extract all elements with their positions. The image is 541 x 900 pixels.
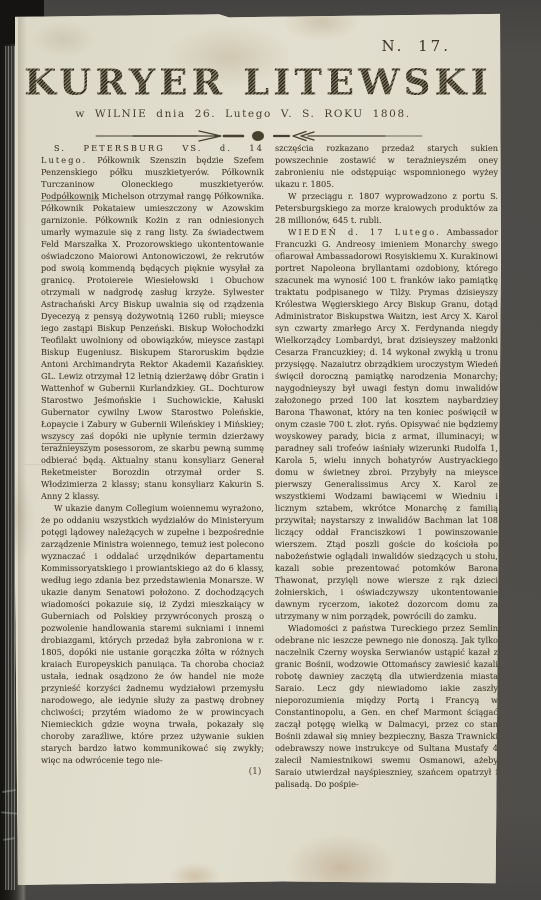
paragraph-text: W ukazie danym Collegium woiennemu wyraż…	[41, 503, 264, 765]
paragraph-text: Wiadomości z państwa Tureckiego przez Se…	[275, 623, 498, 789]
signature-mark: (1)	[15, 767, 495, 777]
left-column: S. PETERSBURG VS. d. 14 Lutego. Półkowni…	[41, 142, 264, 790]
newspaper-page: N. 17. KURYER LITEWSKI w WILNIE dnia 26.…	[15, 13, 501, 885]
stacked-page-edges	[5, 46, 16, 890]
article-paragraph: S. PETERSBURG VS. d. 14 Lutego. Półkowni…	[41, 142, 264, 502]
section-dateline: WIEDEŃ d. 17 Lutego.	[288, 227, 441, 237]
article-paragraph: WIEDEŃ d. 17 Lutego. Ambassador Francuzk…	[275, 226, 498, 622]
paragraph-text: Półkownik Szenszin będzie Szefem Penzens…	[41, 155, 264, 501]
gutter-fold-shadow	[18, 13, 27, 885]
right-column: szczęścia rozkazano przedaż starych suki…	[275, 142, 498, 790]
article-paragraph: Wiadomości z państwa Tureckiego przez Se…	[275, 622, 498, 790]
edition-dateline: w WILNIE dnia 26. Lutego V. S. ROKU 1808…	[15, 108, 471, 120]
article-body: S. PETERSBURG VS. d. 14 Lutego. Półkowni…	[41, 142, 498, 790]
paragraph-text: W przeciągu r. 1807 wyprowadzono z portu…	[275, 191, 498, 225]
paragraph-text: Ambassador Francuzki G. Andreosy imienie…	[275, 227, 498, 621]
issue-number: N. 17.	[381, 37, 451, 55]
article-paragraph: W przeciągu r. 1807 wyprowadzono z portu…	[275, 190, 498, 226]
article-paragraph: szczęścia rozkazano przedaż starych suki…	[275, 142, 498, 190]
masthead-title: KURYER LITEWSKI	[15, 61, 501, 103]
divider-ornament-icon	[93, 127, 425, 143]
scan-backdrop: N. 17. KURYER LITEWSKI w WILNIE dnia 26.…	[0, 0, 541, 900]
article-paragraph: W ukazie danym Collegium woiennemu wyraż…	[41, 502, 264, 766]
paragraph-text: szczęścia rozkazano przedaż starych suki…	[275, 143, 498, 189]
